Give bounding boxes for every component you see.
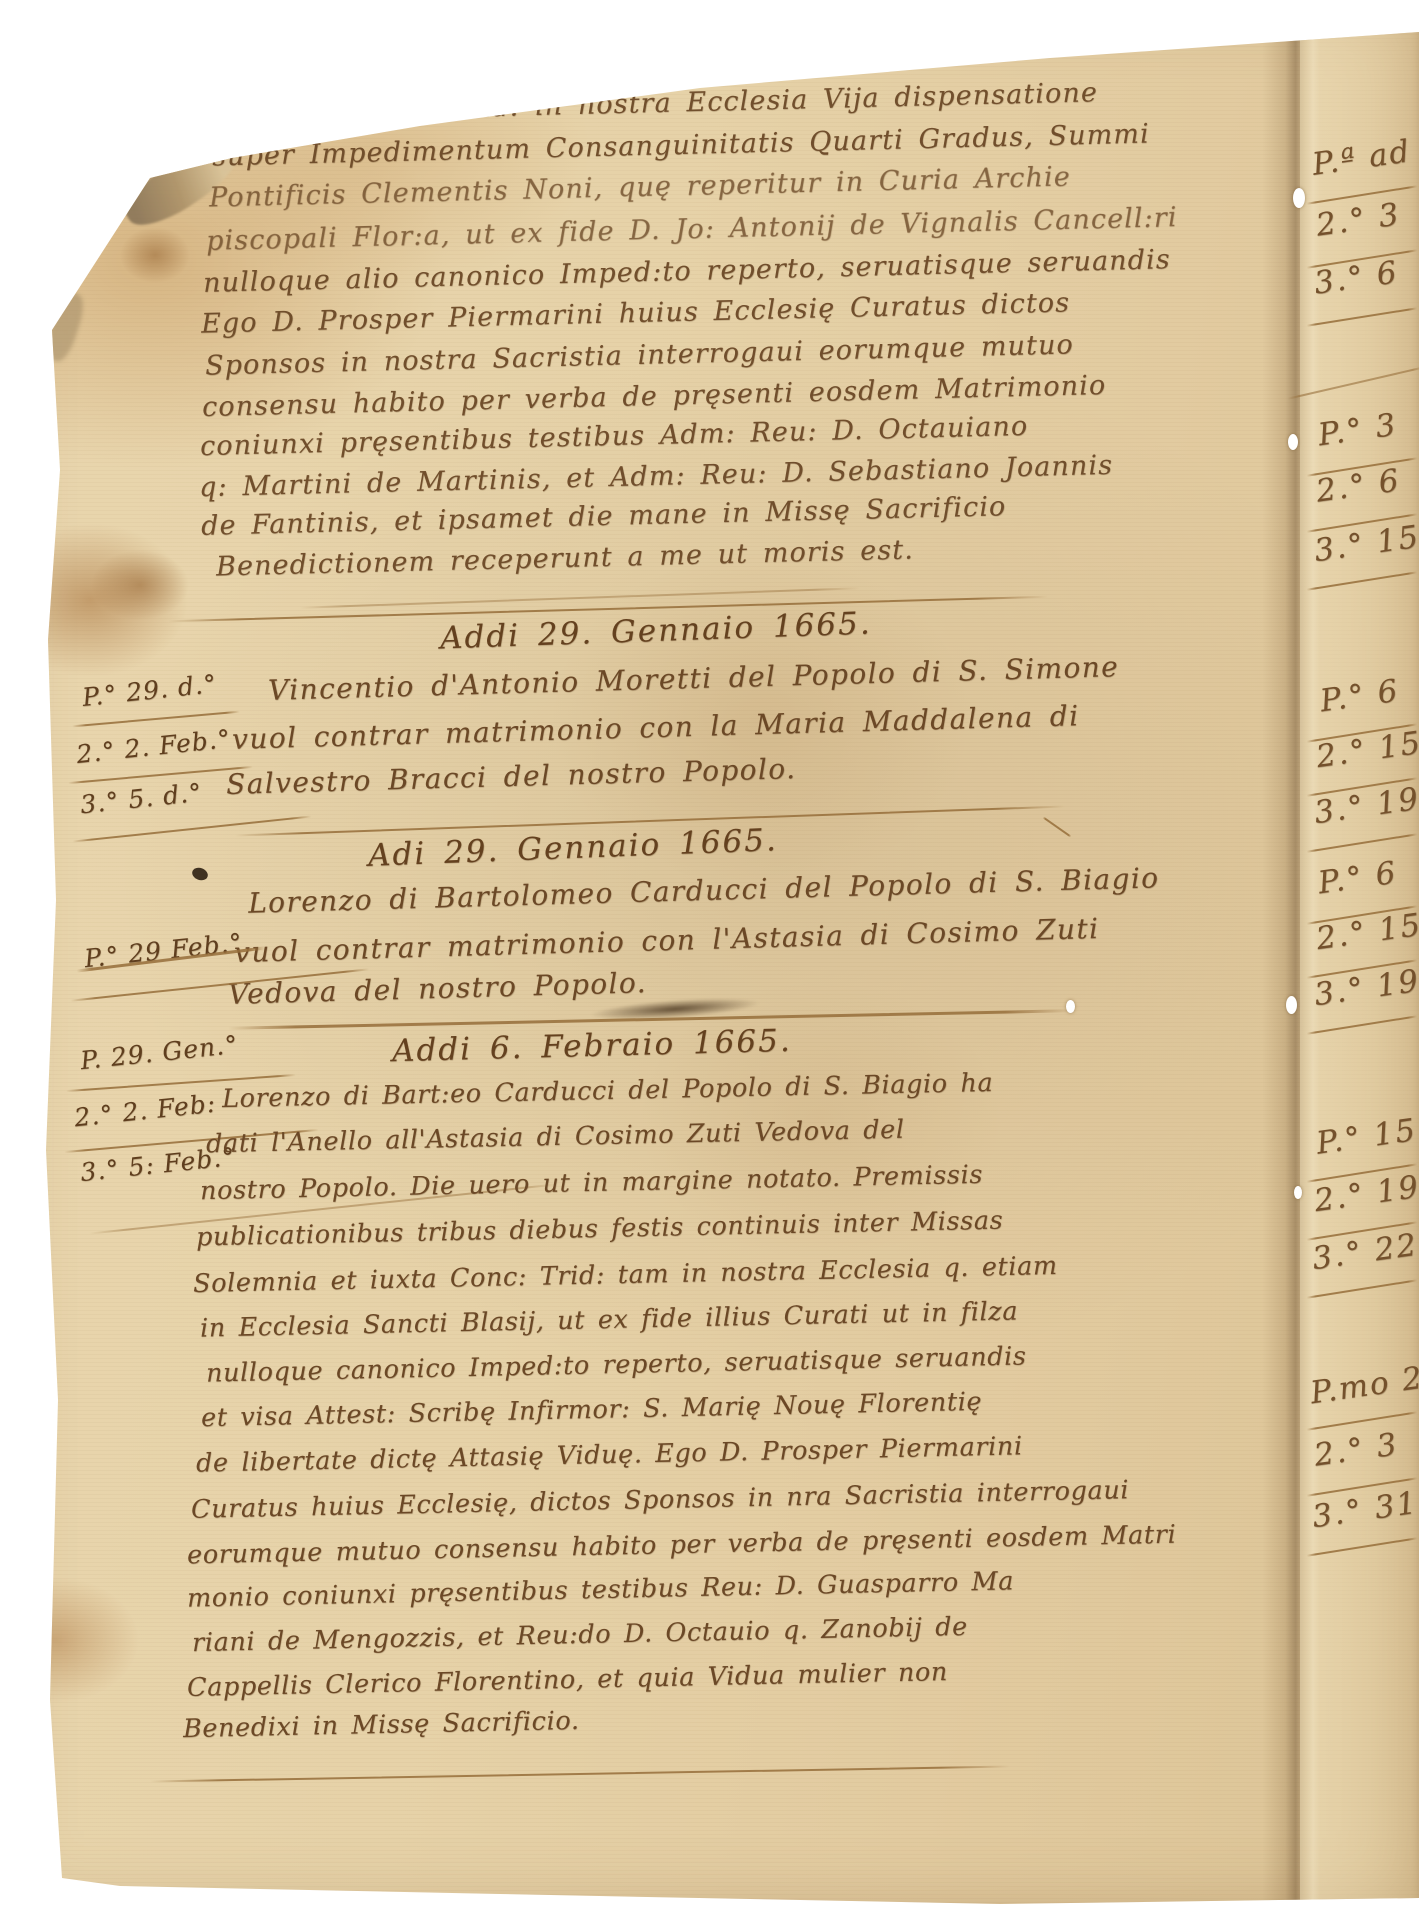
- paper-hole: [1066, 1000, 1075, 1013]
- paper-hole: [1286, 996, 1297, 1014]
- scanned-register-page: et iuxta Conc: Trid: in nostra Ecclesia …: [0, 0, 1419, 1915]
- margin-note: 3.° 5. d.°: [79, 778, 204, 820]
- margin-note: 2.° 2. Feb.°: [75, 724, 233, 769]
- manuscript-line: de libertate dictę Attasię Viduę. Ego D.…: [196, 1431, 1023, 1478]
- edge-notch: [42, 290, 88, 365]
- margin-note: 2.° 2. Feb:: [73, 1089, 218, 1133]
- parchment-page: et iuxta Conc: Trid: in nostra Ecclesia …: [0, 0, 1419, 1915]
- manuscript-line: Curatus huius Ecclesię, dictos Sponsos i…: [191, 1475, 1130, 1525]
- manuscript-line: Vincentio d'Antonio Moretti del Popolo d…: [268, 650, 1120, 707]
- manuscript-line: monio coniunxi pręsentibus testibus Reu:…: [187, 1566, 1015, 1613]
- manuscript-line: publicationibus tribus diebus festis con…: [196, 1206, 1004, 1253]
- paper-hole: [1294, 1186, 1302, 1199]
- manuscript-line: Benedixi in Missę Sacrificio.: [183, 1706, 580, 1744]
- manuscript-line: nostro Popolo. Die uero ut in margine no…: [200, 1160, 984, 1206]
- paper-hole: [1293, 188, 1305, 208]
- manuscript-line: dati l'Anello all'Astasia di Cosimo Zuti…: [206, 1115, 905, 1160]
- manuscript-line: vuol contrar matrimonio con la Maria Mad…: [232, 699, 1080, 756]
- manuscript-line: Salvestro Bracci del nostro Popolo.: [226, 752, 797, 801]
- manuscript-line: Solemnia et iuxta Conc: Trid: tam in nos…: [193, 1251, 1058, 1299]
- manuscript-line: Lorenzo di Bart:eo Carducci del Popolo d…: [222, 1068, 994, 1114]
- manuscript-line: et visa Attest: Scribę Infirmor: S. Mari…: [201, 1387, 983, 1433]
- manuscript-line: Benedictionem receperunt a me ut moris e…: [216, 534, 915, 582]
- ink-blot: [190, 866, 209, 883]
- entry-separator-hook: [1043, 816, 1072, 837]
- manuscript-line: nulloque canonico Imped:to reperto, seru…: [206, 1341, 1027, 1388]
- manuscript-line: riani de Mengozzis, et Reu:do D. Octauio…: [192, 1612, 968, 1658]
- margin-note-underline: [73, 815, 312, 842]
- manuscript-line: Vedova del nostro Popolo.: [228, 966, 648, 1011]
- manuscript-line: vuol contrar matrimonio con l'Astasia di…: [234, 912, 1100, 969]
- margin-note: P. 29. Gen.°: [79, 1030, 240, 1075]
- entry-separator-line: [300, 587, 860, 609]
- manuscript-line: in Ecclesia Sancti Blasij, ut ex fide il…: [200, 1296, 1019, 1343]
- entry-separator-line: [150, 1765, 1010, 1782]
- entry-heading: Addi 6. Febraio 1665.: [392, 1023, 793, 1069]
- margin-note: P.° 29. d.°: [81, 669, 219, 712]
- manuscript-line: et iuxta Conc: Trid: in nostra Ecclesia …: [218, 77, 1099, 129]
- manuscript-line: eorumque mutuo consensu habito per verba…: [187, 1520, 1177, 1571]
- manuscript-line: Cappellis Clerico Florentino, et quia Vi…: [187, 1657, 948, 1703]
- paper-hole: [1288, 434, 1298, 450]
- entry-heading: Addi 29. Gennaio 1665.: [440, 605, 873, 656]
- entry-heading: Adi 29. Gennaio 1665.: [367, 822, 778, 874]
